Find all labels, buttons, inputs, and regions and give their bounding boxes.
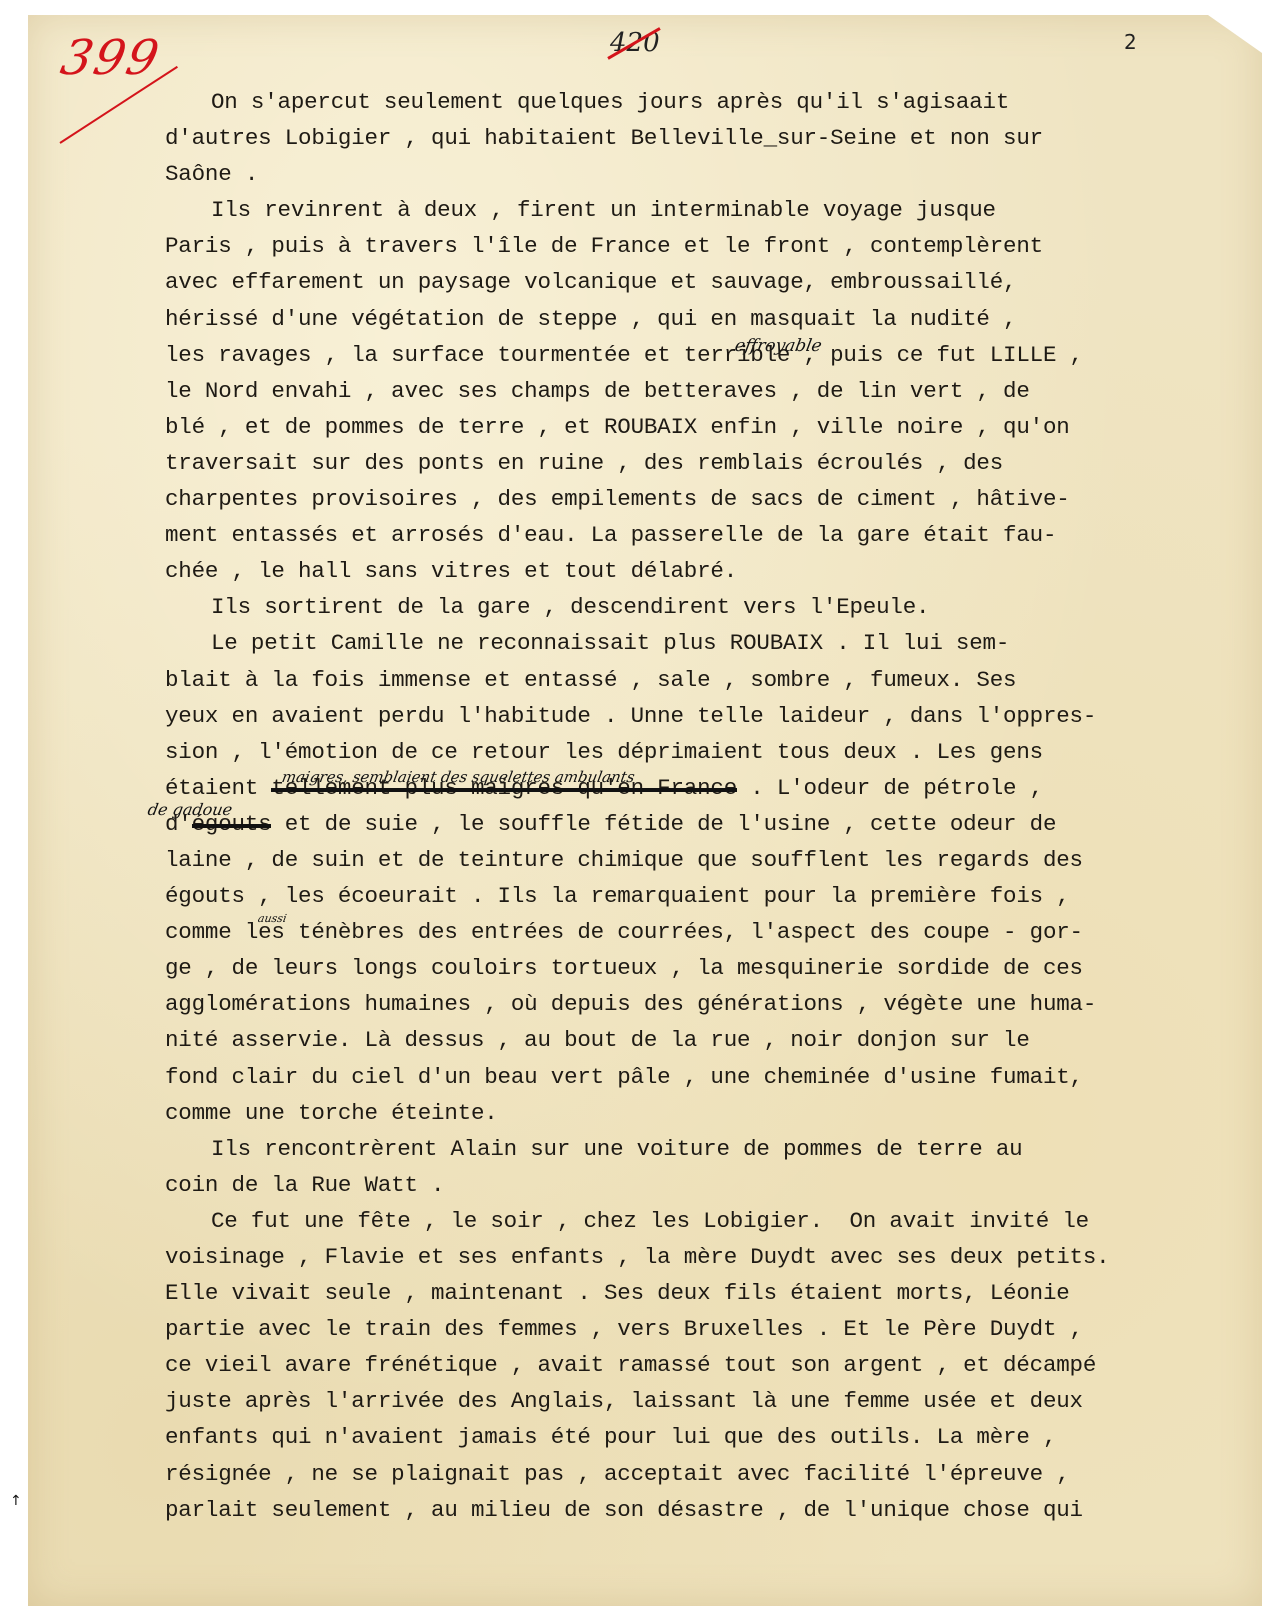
text-line: charpentes provisoires , des empilements… (165, 481, 1225, 517)
text-line: égouts , les écoeurait . Ils la remarqua… (165, 878, 1225, 914)
text-line: les ravages , la surface tourmentée et t… (165, 337, 1225, 373)
text-line: fond clair du ciel d'un beau vert pâle ,… (165, 1059, 1225, 1095)
text-line: Le petit Camille ne reconnaissait plus R… (165, 625, 1225, 661)
text-line: yeux en avaient perdu l'habitude . Unne … (165, 698, 1225, 734)
text-line: Ils sortirent de la gare , descendirent … (165, 589, 1225, 625)
text-line: On s'apercut seulement quelques jours ap… (165, 84, 1225, 120)
text-line: voisinage , Flavie et ses enfants , la m… (165, 1239, 1225, 1275)
text-line: juste après l'arrivée des Anglais, laiss… (165, 1383, 1225, 1419)
struck-text: tellement plus maigres qu'en France (271, 775, 737, 801)
red-folio-number: 399 (56, 30, 166, 86)
text-line-with-strikeout: d'égouts et de suie , le souffle fétide … (165, 806, 1225, 842)
text-segment: étaient (165, 775, 271, 801)
text-line: coin de la Rue Watt . (165, 1167, 1225, 1203)
text-line: avec effarement un paysage volcanique et… (165, 264, 1225, 300)
text-line: enfants qui n'avaient jamais été pour lu… (165, 1419, 1225, 1455)
text-line: laine , de suin et de teinture chimique … (165, 842, 1225, 878)
text-line: sion , l'émotion de ce retour les déprim… (165, 734, 1225, 770)
text-line: ment entassés et arrosés d'eau. La passe… (165, 517, 1225, 553)
text-line: Elle vivait seule , maintenant . Ses deu… (165, 1275, 1225, 1311)
text-line: blait à la fois immense et entassé , sal… (165, 662, 1225, 698)
text-line: ge , de leurs longs couloirs tortueux , … (165, 950, 1225, 986)
text-line: Ils rencontrèrent Alain sur une voiture … (165, 1131, 1225, 1167)
struck-folio-number: 420 (610, 28, 660, 58)
typescript-body: On s'apercut seulement quelques jours ap… (165, 84, 1225, 1528)
text-line: résignée , ne se plaignait pas , accepta… (165, 1456, 1225, 1492)
struck-text: égouts (192, 811, 272, 837)
page-number: 2 (1124, 30, 1137, 54)
text-line: comme une torche éteinte. (165, 1095, 1225, 1131)
text-line: le Nord envahi , avec ses champs de bett… (165, 373, 1225, 409)
text-line: Saône . (165, 156, 1225, 192)
text-segment: et de suie , le souffle fétide de l'usin… (271, 811, 1056, 837)
text-segment: . L'odeur de pétrole , (737, 775, 1043, 801)
text-line: comme les ténèbres des entrées de courré… (165, 914, 1225, 950)
text-line: Ils revinrent à deux , firent un intermi… (165, 192, 1225, 228)
text-line: agglomérations humaines , où depuis des … (165, 986, 1225, 1022)
text-line: traversait sur des ponts en ruine , des … (165, 445, 1225, 481)
text-line: partie avec le train des femmes , vers B… (165, 1311, 1225, 1347)
text-line: parlait seulement , au milieu de son dés… (165, 1492, 1225, 1528)
text-line: chée , le hall sans vitres et tout délab… (165, 553, 1225, 589)
text-line: Ce fut une fête , le soir , chez les Lob… (165, 1203, 1225, 1239)
text-line: Paris , puis à travers l'île de France e… (165, 228, 1225, 264)
text-line: nité asservie. Là dessus , au bout de la… (165, 1022, 1225, 1058)
text-line: d'autres Lobigier , qui habitaient Belle… (165, 120, 1225, 156)
margin-arrow-mark: ↑ (10, 1493, 22, 1509)
text-segment: d' (165, 811, 192, 837)
text-line: hérissé d'une végétation de steppe , qui… (165, 301, 1225, 337)
text-line: ce vieil avare frénétique , avait ramass… (165, 1347, 1225, 1383)
text-line: blé , et de pommes de terre , et ROUBAIX… (165, 409, 1225, 445)
text-line-with-strikeout: étaient tellement plus maigres qu'en Fra… (165, 770, 1225, 806)
